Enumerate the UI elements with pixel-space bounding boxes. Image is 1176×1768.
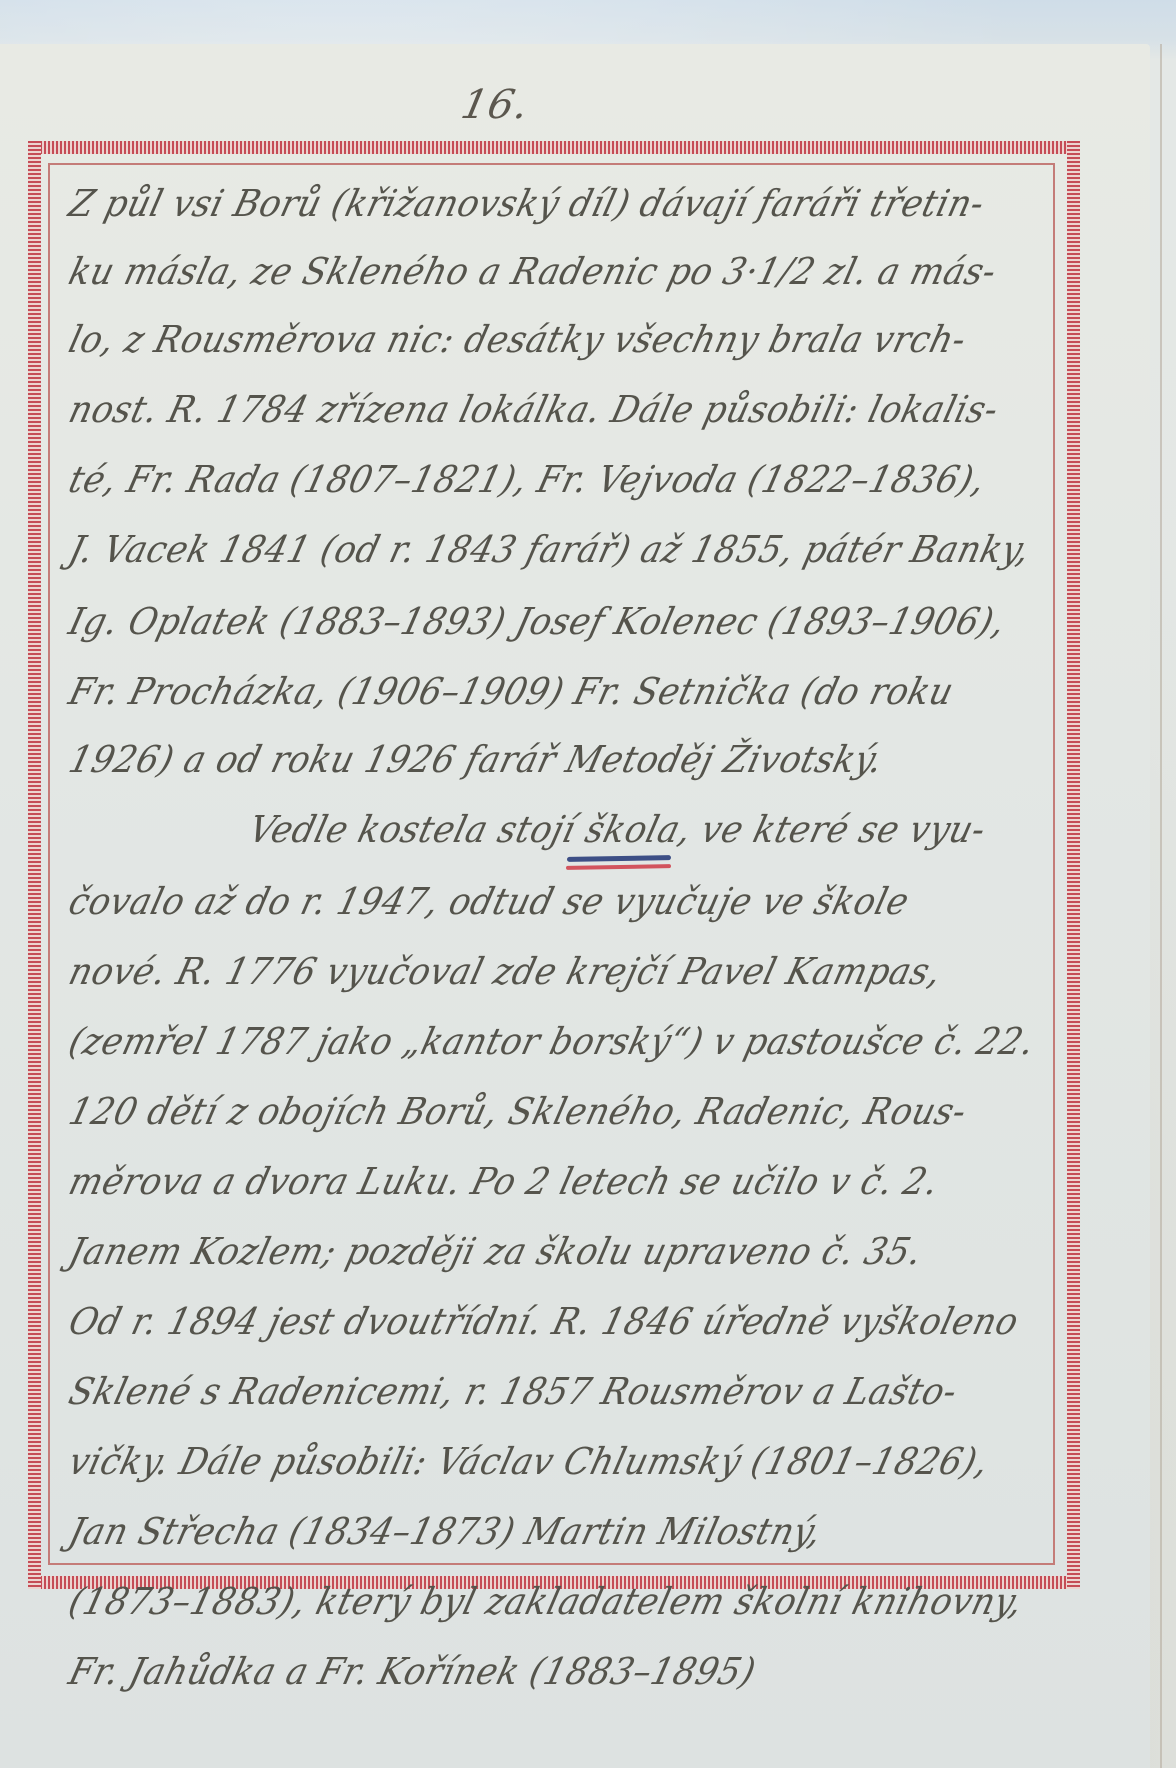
text-line-paragraph-start: Vedle kostela stojí škola, ve které se v… xyxy=(245,808,991,851)
frame-border-top xyxy=(28,141,1080,154)
frame-border-right xyxy=(1067,141,1080,1589)
text-line: 1926) a od roku 1926 farář Metoděj Život… xyxy=(65,738,888,781)
text-line: vičky. Dále působili: Václav Chlumský (1… xyxy=(65,1440,994,1483)
text-line: Fr. Procházka, (1906–1909) Fr. Setnička … xyxy=(65,670,958,713)
text-line: ku másla, ze Skleného a Radenic po 3·1/2… xyxy=(65,250,1001,293)
text-line: nové. R. 1776 vyučoval zde krejčí Pavel … xyxy=(65,950,946,993)
text-line: Z půl vsi Borů (křižanovský díl) dávají … xyxy=(65,182,989,225)
text-line: J. Vacek 1841 (od r. 1843 farář) až 1855… xyxy=(65,528,1035,571)
text-line: Janem Kozlem; později za školu upraveno … xyxy=(65,1230,927,1273)
page-edge xyxy=(1160,44,1162,1768)
text-line: (1873–1883), který byl zakladatelem škol… xyxy=(65,1580,1028,1623)
text-line: (zemřel 1787 jako „kantor borský“) v pas… xyxy=(65,1020,1040,1063)
text-line: čovalo až do r. 1947, odtud se vyučuje v… xyxy=(65,880,914,923)
text-line: nost. R. 1784 zřízena lokálka. Dále půso… xyxy=(65,388,1003,431)
text-line: Sklené s Radenicemi, r. 1857 Rousměrov a… xyxy=(65,1370,962,1413)
text-line: Jan Střecha (1834–1873) Martin Milostný, xyxy=(65,1510,827,1553)
text-line: Fr. Jahůdka a Fr. Kořínek (1883–1895) xyxy=(65,1650,761,1693)
frame-border-left xyxy=(28,141,41,1589)
text-line: té, Fr. Rada (1807–1821), Fr. Vejvoda (1… xyxy=(65,458,990,501)
text-line: Od r. 1894 jest dvoutřídní. R. 1846 úřed… xyxy=(65,1300,1023,1343)
frame-inner-line xyxy=(48,163,1055,1565)
text-line: měrova a dvora Luku. Po 2 letech se učil… xyxy=(65,1160,944,1203)
text-line: 120 dětí z obojích Borů, Skleného, Raden… xyxy=(65,1090,971,1133)
page-number: 16. xyxy=(457,82,533,128)
text-line: Ig. Oplatek (1883–1893) Josef Kolenec (1… xyxy=(65,600,1010,643)
text-line: lo, z Rousměrova nic: desátky všechny br… xyxy=(65,318,971,361)
